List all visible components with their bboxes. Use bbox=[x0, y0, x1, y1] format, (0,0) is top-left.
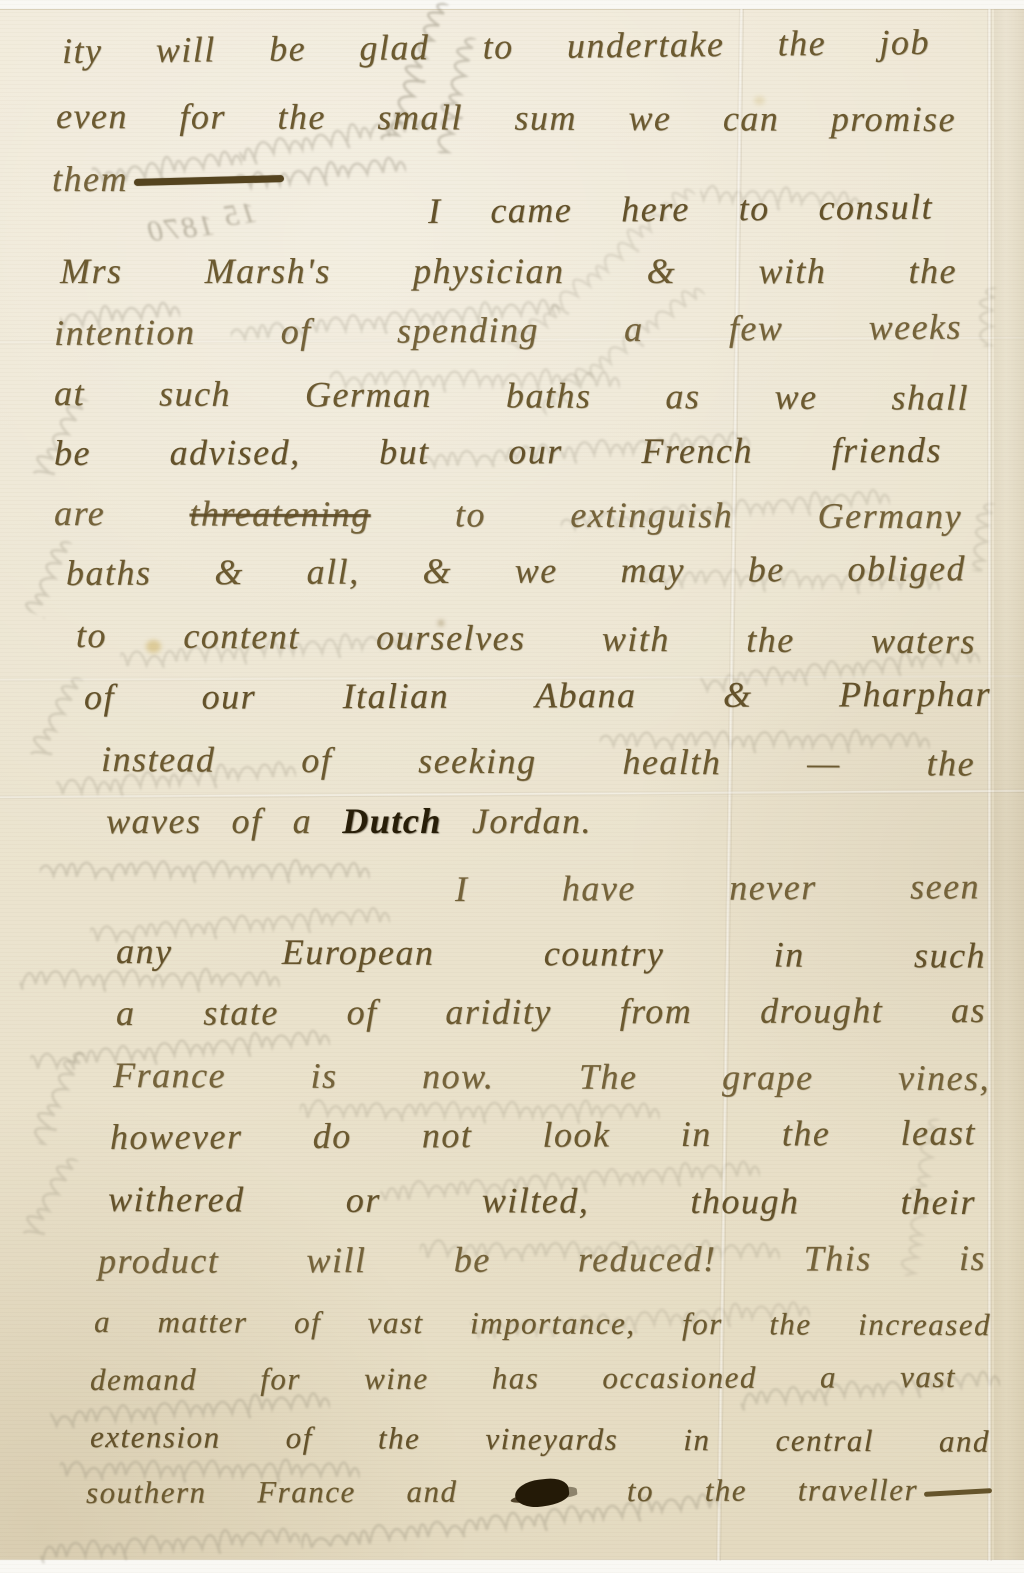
letter-text: extension of the vineyards in central an… bbox=[90, 1419, 990, 1459]
letter-line: southern France and to the traveller bbox=[86, 1471, 992, 1512]
letter-text: a state of aridity from drought as bbox=[116, 990, 986, 1033]
letter-text: to extinguish Germany bbox=[371, 494, 963, 536]
letter-line: I came here to consult bbox=[428, 186, 933, 234]
letter-text: a matter of vast importance, for the inc… bbox=[94, 1304, 991, 1342]
letter-text: ity will be glad to undertake the job bbox=[62, 22, 930, 71]
letter-text: any European country in such bbox=[116, 931, 986, 976]
letter-text: I came here to consult bbox=[428, 187, 933, 231]
letter-text: however do not look in the least bbox=[110, 1112, 976, 1157]
letter-line: intention of spending a few weeks bbox=[54, 306, 962, 356]
letter-text: to content ourselves with the waters bbox=[76, 615, 976, 661]
letter-line: them bbox=[52, 158, 372, 202]
letter-line: be advised, but our French friends bbox=[54, 429, 942, 476]
letter-line: are threatening to extinguish Germany bbox=[54, 492, 962, 539]
letter-line: a state of aridity from drought as bbox=[116, 989, 986, 1036]
letter-line: instead of seeking health — the bbox=[101, 738, 975, 786]
letter-line: at such German baths as we shall bbox=[54, 372, 969, 421]
letter-text: intention of spending a few weeks bbox=[54, 307, 962, 353]
letter-text: Mrs Marsh's physician & with the bbox=[60, 251, 957, 291]
letter-text: them bbox=[52, 159, 128, 199]
letter-line: ity will be glad to undertake the job bbox=[62, 21, 930, 74]
letter-line: a matter of vast importance, for the inc… bbox=[94, 1303, 991, 1344]
letter-text: are bbox=[54, 493, 190, 533]
letter-line: to content ourselves with the waters bbox=[76, 614, 976, 664]
letter-line: Mrs Marsh's physician & with the bbox=[60, 250, 957, 294]
letter-line: waves of a Dutch Jordan. bbox=[106, 800, 592, 844]
letter-text: at such German baths as we shall bbox=[54, 373, 969, 418]
letter-text: Jordan. bbox=[442, 801, 592, 841]
letter-line: any European country in such bbox=[116, 930, 986, 978]
letter-text: be advised, but our French friends bbox=[54, 430, 942, 473]
letter-line: extension of the vineyards in central an… bbox=[90, 1418, 990, 1461]
letter-text: withered or wilted, though their bbox=[108, 1179, 976, 1222]
letter-line: baths & all, & we may be obliged bbox=[66, 547, 966, 596]
pen-stroke-dash bbox=[134, 175, 284, 186]
letter-text: threatening bbox=[189, 493, 370, 534]
letter-text: southern France and bbox=[86, 1474, 508, 1510]
letter-text: France is now. The grape vines, bbox=[113, 1055, 990, 1098]
letter-line: France is now. The grape vines, bbox=[113, 1054, 990, 1101]
letter-text: even for the small sum we can promise bbox=[56, 96, 956, 139]
letter-text: instead of seeking health — the bbox=[101, 739, 975, 784]
letter-line: product will be reduced! This is bbox=[98, 1237, 986, 1284]
letter-text: Dutch bbox=[342, 801, 442, 841]
ink-blot bbox=[514, 1477, 571, 1510]
letter-line: of our Italian Abana & Pharphar bbox=[84, 673, 991, 720]
letter-text: to the traveller bbox=[576, 1472, 918, 1508]
letter-text: demand for wine has occasioned a vast bbox=[90, 1359, 956, 1397]
pen-flourish-tail bbox=[924, 1488, 992, 1497]
letter-text: product will be reduced! This is bbox=[98, 1238, 986, 1281]
letter-text: I have never seen bbox=[455, 866, 980, 909]
letter-text: baths & all, & we may be obliged bbox=[66, 548, 966, 593]
letter-text: of our Italian Abana & Pharphar bbox=[84, 674, 991, 717]
letter-line: even for the small sum we can promise bbox=[56, 95, 956, 142]
letter-page: 151870 ity will be glad to undertake the… bbox=[0, 0, 1024, 1573]
letter-line: I have never seen bbox=[455, 865, 980, 912]
letter-line: however do not look in the least bbox=[110, 1111, 976, 1159]
letter-text: waves of a bbox=[106, 801, 342, 841]
letter-line: demand for wine has occasioned a vast bbox=[90, 1358, 956, 1399]
handwriting-layer: ity will be glad to undertake the jobeve… bbox=[0, 0, 1024, 1573]
letter-line: withered or wilted, though their bbox=[108, 1178, 976, 1225]
